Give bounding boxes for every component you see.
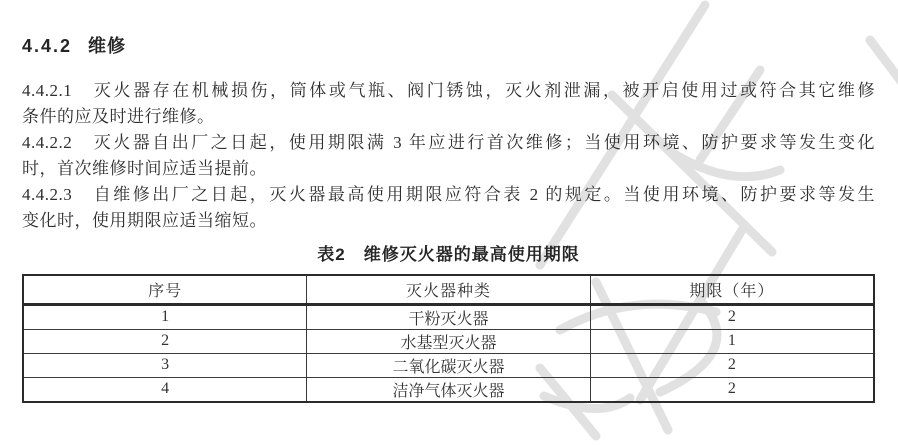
- cell-limit: 2: [590, 377, 874, 402]
- clause-4423-line1: 4.4.2.3 自维修出厂之日起，灭火器最高使用期限应符合表 2 的规定。当使用…: [22, 182, 875, 208]
- section-number: 4.4.2: [22, 36, 72, 56]
- cell-type: 二氧化碳灭火器: [307, 353, 591, 377]
- clause-4422-line1: 4.4.2.2 灭火器自出厂之日起，使用期限满 3 年应进行首次维修；当使用环境…: [22, 130, 875, 156]
- cell-index: 2: [23, 329, 307, 353]
- cell-limit: 1: [590, 329, 874, 353]
- clause-4421-line2: 条件的应及时进行维修。: [22, 104, 875, 130]
- section-heading: 4.4.2维修: [22, 34, 875, 58]
- table-caption: 表2 维修灭火器的最高使用期限: [22, 243, 875, 267]
- clause-paragraphs: 4.4.2.1 灭火器存在机械损伤，筒体或气瓶、阀门锈蚀，灭火剂泄漏，被开启使用…: [22, 78, 875, 234]
- cell-type: 洁净气体灭火器: [307, 377, 591, 402]
- table-header-row: 序号 灭火器种类 期限（年）: [23, 275, 874, 304]
- document-content: 4.4.2维修 4.4.2.1 灭火器存在机械损伤，筒体或气瓶、阀门锈蚀，灭火剂…: [0, 0, 898, 403]
- table-row: 2 水基型灭火器 1: [23, 329, 874, 353]
- clause-4422-line2: 时，首次维修时间应适当提前。: [22, 156, 875, 182]
- cell-index: 1: [23, 304, 307, 329]
- cell-index: 3: [23, 353, 307, 377]
- col-header-index: 序号: [23, 275, 307, 304]
- cell-limit: 2: [590, 353, 874, 377]
- clause-4421-line1: 4.4.2.1 灭火器存在机械损伤，筒体或气瓶、阀门锈蚀，灭火剂泄漏，被开启使用…: [22, 78, 875, 104]
- table-row: 1 干粉灭火器 2: [23, 304, 874, 329]
- usage-limit-table: 序号 灭火器种类 期限（年） 1 干粉灭火器 2 2 水基型灭火器 1 3: [22, 274, 875, 403]
- col-header-type: 灭火器种类: [307, 275, 591, 304]
- section-title: 维修: [88, 36, 126, 56]
- col-header-limit: 期限（年）: [590, 275, 874, 304]
- table-row: 4 洁净气体灭火器 2: [23, 377, 874, 402]
- cell-index: 4: [23, 377, 307, 402]
- clause-4423-line2: 变化时，使用期限应适当缩短。: [22, 208, 875, 234]
- table-row: 3 二氧化碳灭火器 2: [23, 353, 874, 377]
- cell-limit: 2: [590, 304, 874, 329]
- document-page: 4.4.2维修 4.4.2.1 灭火器存在机械损伤，筒体或气瓶、阀门锈蚀，灭火剂…: [0, 0, 898, 445]
- cell-type: 干粉灭火器: [307, 304, 591, 329]
- cell-type: 水基型灭火器: [307, 329, 591, 353]
